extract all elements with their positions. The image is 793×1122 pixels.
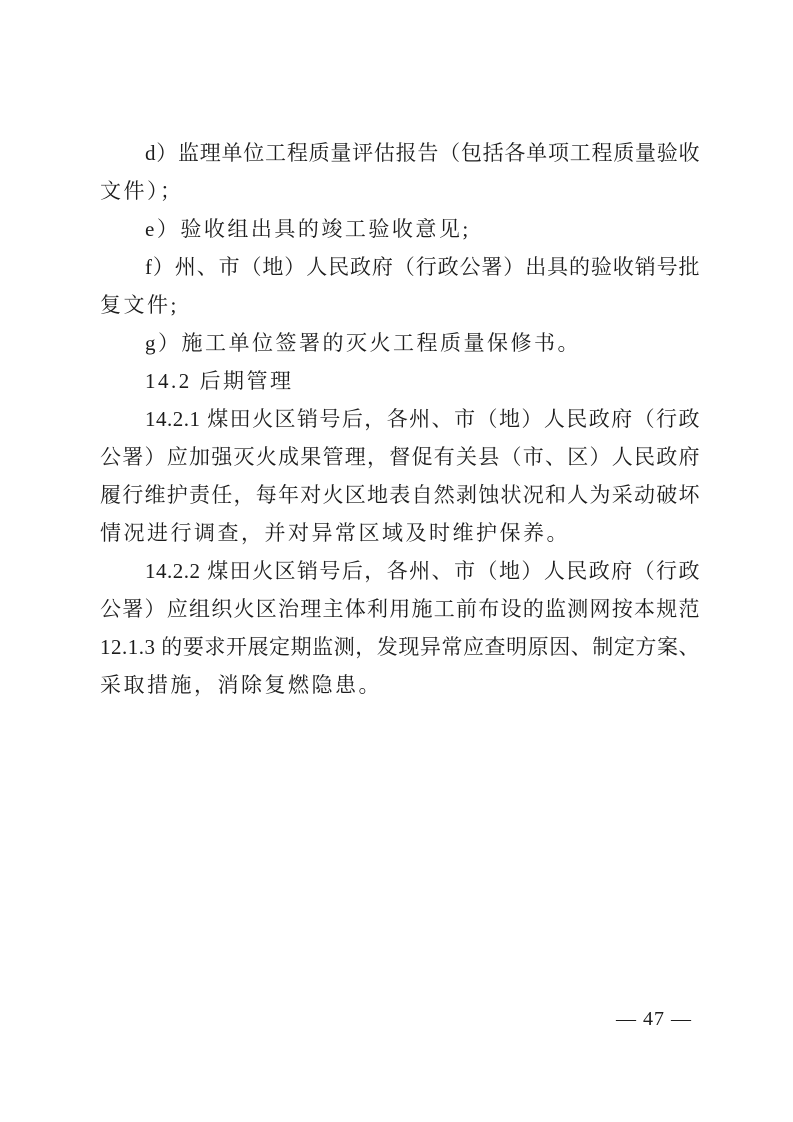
text-line: 履行维护责任，每年对火区地表自然剥蚀状况和人为采动破坏: [100, 476, 700, 514]
text-line: 情况进行调查，并对异常区域及时维护保养。: [100, 514, 700, 552]
text-line: 复文件;: [100, 286, 700, 324]
text-line: 12.1.3 的要求开展定期监测，发现异常应查明原因、制定方案、: [100, 628, 700, 666]
text-line-item-d: d）监理单位工程质量评估报告（包括各单项工程质量验收: [100, 134, 700, 172]
text-line-item-g: g）施工单位签署的灭火工程质量保修书。: [100, 324, 700, 362]
text-line: 采取措施，消除复燃隐患。: [100, 666, 700, 704]
section-heading: 14.2 后期管理: [100, 362, 700, 400]
text-line-item-e: e）验收组出具的竣工验收意见;: [100, 210, 700, 248]
document-page: d）监理单位工程质量评估报告（包括各单项工程质量验收 文件）； e）验收组出具的…: [0, 0, 793, 1122]
document-body: d）监理单位工程质量评估报告（包括各单项工程质量验收 文件）； e）验收组出具的…: [100, 134, 700, 704]
text-line-clause-14-2-2: 14.2.2 煤田火区销号后，各州、市（地）人民政府（行政: [100, 552, 700, 590]
text-line: 公署）应组织火区治理主体利用施工前布设的监测网按本规范: [100, 590, 700, 628]
text-line-item-f: f）州、市（地）人民政府（行政公署）出具的验收销号批: [100, 248, 700, 286]
page-number: — 47 —: [616, 1004, 692, 1034]
text-line: 公署）应加强灭火成果管理，督促有关县（市、区）人民政府: [100, 438, 700, 476]
text-line: 文件）；: [100, 172, 700, 210]
text-line-clause-14-2-1: 14.2.1 煤田火区销号后，各州、市（地）人民政府（行政: [100, 400, 700, 438]
